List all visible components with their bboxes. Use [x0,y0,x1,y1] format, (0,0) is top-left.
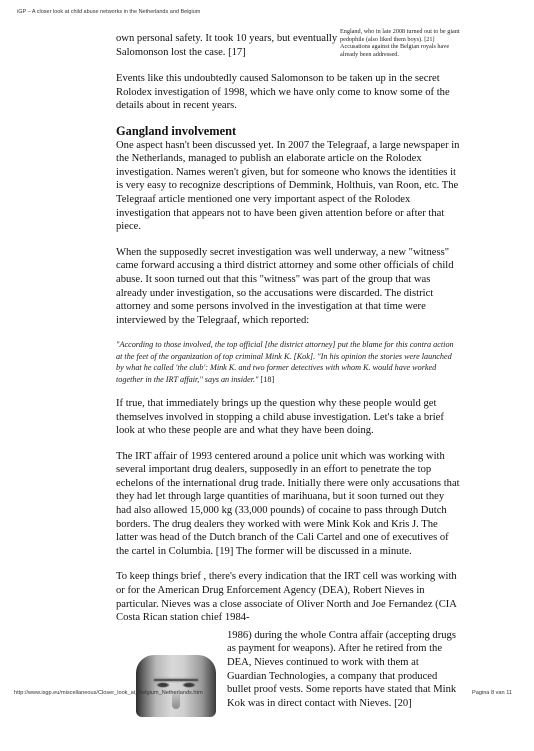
image-text-block: 1986) during the whole Contra affair (ac… [116,629,461,729]
paragraph-telegraaf-article: One aspect hasn't been discussed yet. In… [116,139,461,234]
article-body: own personal safety. It took 10 years, b… [116,32,461,729]
paragraph-new-witness: When the supposedly secret investigation… [116,246,461,328]
paragraph-rolodex-events: Events like this undoubtedly caused Salo… [116,72,461,113]
quote-text: "According to those involved, the top of… [116,340,454,383]
paragraph-irt-affair: The IRT affair of 1993 centered around a… [116,450,461,559]
paragraph-dea-nieves: To keep things brief , there's every ind… [116,570,461,624]
section-heading-gangland: Gangland involvement [116,125,461,139]
nieves-portrait-image [136,655,216,717]
paragraph-contra-affair: 1986) during the whole Contra affair (ac… [227,629,459,711]
footer-page-number: Pagina 8 van 11 [472,690,512,696]
footer-url: http://www.isgp.eu/miscellaneous/Closer_… [14,690,203,696]
paragraph-question-why: If true, that immediately brings up the … [116,397,461,438]
quote-reference: [18] [261,375,275,384]
paragraph-salomonson-case: own personal safety. It took 10 years, b… [116,32,338,59]
blockquote-telegraaf: "According to those involved, the top of… [116,339,461,385]
page-header-title: iGP – A closer look at child abuse netwo… [17,9,200,15]
